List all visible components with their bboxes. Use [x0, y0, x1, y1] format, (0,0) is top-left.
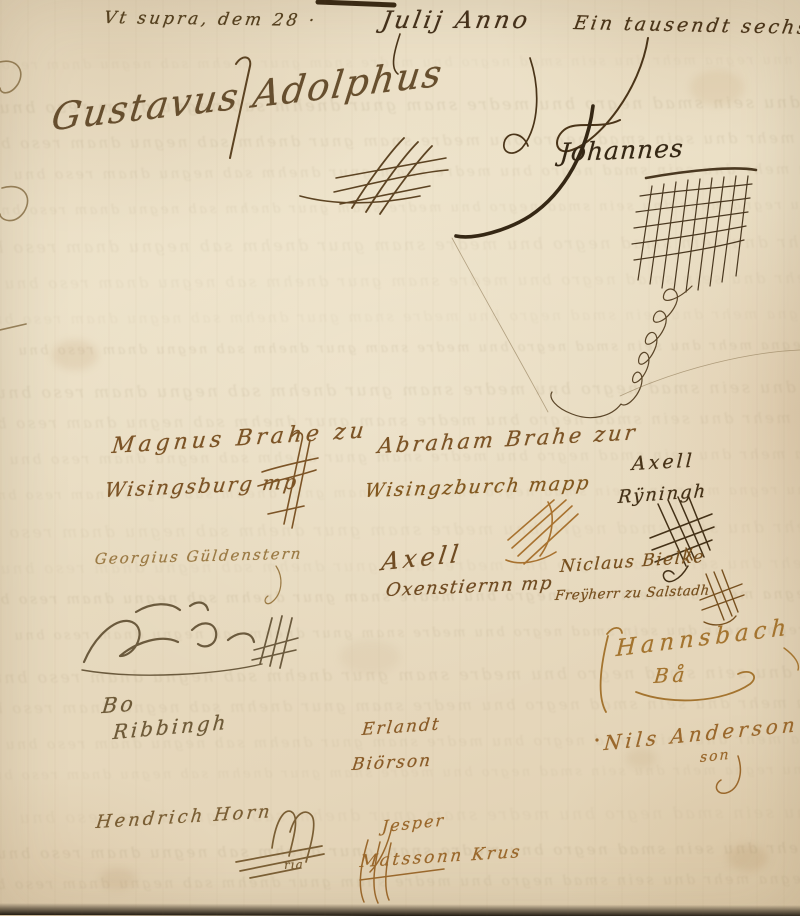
signature-oxenstierna-line2: Oxenstiernn mp — [385, 573, 555, 601]
bleedthrough-line: nm ru sein dnu mede nam regnu bnede smad… — [16, 326, 800, 358]
signature-krus-line2: Matssonn Krus — [359, 842, 523, 872]
bleedthrough-line: nm ru sein dnu mede nam regnu bnede smad… — [0, 362, 800, 401]
bleedthrough-line: nm ru sein dnu mede nam regnu bnede smad… — [0, 395, 800, 432]
signature-bjornsson-line2: Biörson — [351, 751, 434, 775]
signature-abraham-brahe-line2: Wisingzburch mapp — [363, 472, 592, 502]
signature-hannsbach-line1: Hannsbach — [615, 614, 791, 662]
bleedthrough-line: nm ru sein dnu mede nam regnu bnede smad… — [0, 186, 800, 218]
signature-ryning-line1: Axell — [631, 450, 695, 475]
signature-magnus-brahe-line2: Wisingsburg mp — [103, 469, 299, 502]
signature-ribbing-line1: Bo — [101, 692, 138, 719]
manuscript-page: nm ru sein dnu mede nam regnu bnede smad… — [0, 0, 800, 916]
signature-gyllenstierna: Georgius Güldenstern — [94, 545, 304, 568]
dateline-right: Ein tausendt sechsh — [572, 12, 800, 39]
signature-krus-line1: Jesper — [381, 810, 445, 836]
signature-hannsbach-line2: Bå — [653, 662, 690, 688]
signature-horn-line1: Hendrich Horn — [95, 801, 274, 833]
signature-anderson-line1: Nils Anderson — [603, 712, 800, 755]
abraham-paraph — [506, 500, 578, 564]
dateline-loop — [557, 38, 648, 151]
signature-abraham-brahe-line1: Abraham Brahe zur — [377, 420, 640, 458]
bleedthrough-line: nm ru sein dnu mede nam regnu bnede smad… — [0, 502, 800, 541]
anno-flourish — [504, 58, 537, 153]
signature-gustavus-adolphus: Gustavus Adolphus — [49, 51, 446, 139]
signature-anderson-line2: son — [700, 747, 731, 766]
bleedthrough-line: nm ru sein dnu mede nam regnu bnede smad… — [0, 217, 800, 256]
left-edge-strokes — [0, 61, 28, 330]
illegible-flourish-signature — [82, 603, 298, 676]
gyllenstierna-curl — [265, 566, 281, 604]
signature-bielke-line2: Freÿherr zu Salstadh — [554, 583, 710, 604]
page-bottom-edge — [0, 903, 800, 916]
fox-spot — [690, 70, 744, 106]
top-edge-stroke — [318, 2, 394, 5]
fox-spot — [100, 868, 136, 890]
signature-ryning-line2: Rÿningh — [617, 481, 708, 508]
bleedthrough-line: nm ru sein dnu mede nam regnu bnede smad… — [0, 293, 800, 327]
dateline-center: Julij Anno — [380, 6, 533, 34]
signature-horn-mpria: ria — [284, 857, 304, 872]
fox-spot — [52, 340, 98, 370]
fox-spot — [340, 640, 400, 674]
bleedthrough-line: nm ru sein dnu mede nam regnu bnede smad… — [2, 255, 800, 292]
signature-oxenstierna-line1: Axell — [380, 539, 464, 576]
fox-spot — [728, 845, 768, 871]
dateline-left: Vt supra, dem 28 · — [102, 8, 318, 31]
signature-bjornsson-line1: Erlandt — [361, 714, 442, 740]
signature-bielke-line1: Niclaus Bielke — [559, 547, 705, 577]
signature-johannes: Johannes — [559, 134, 685, 167]
signature-magnus-brahe-line1: Magnus Brahe zu — [111, 418, 369, 459]
